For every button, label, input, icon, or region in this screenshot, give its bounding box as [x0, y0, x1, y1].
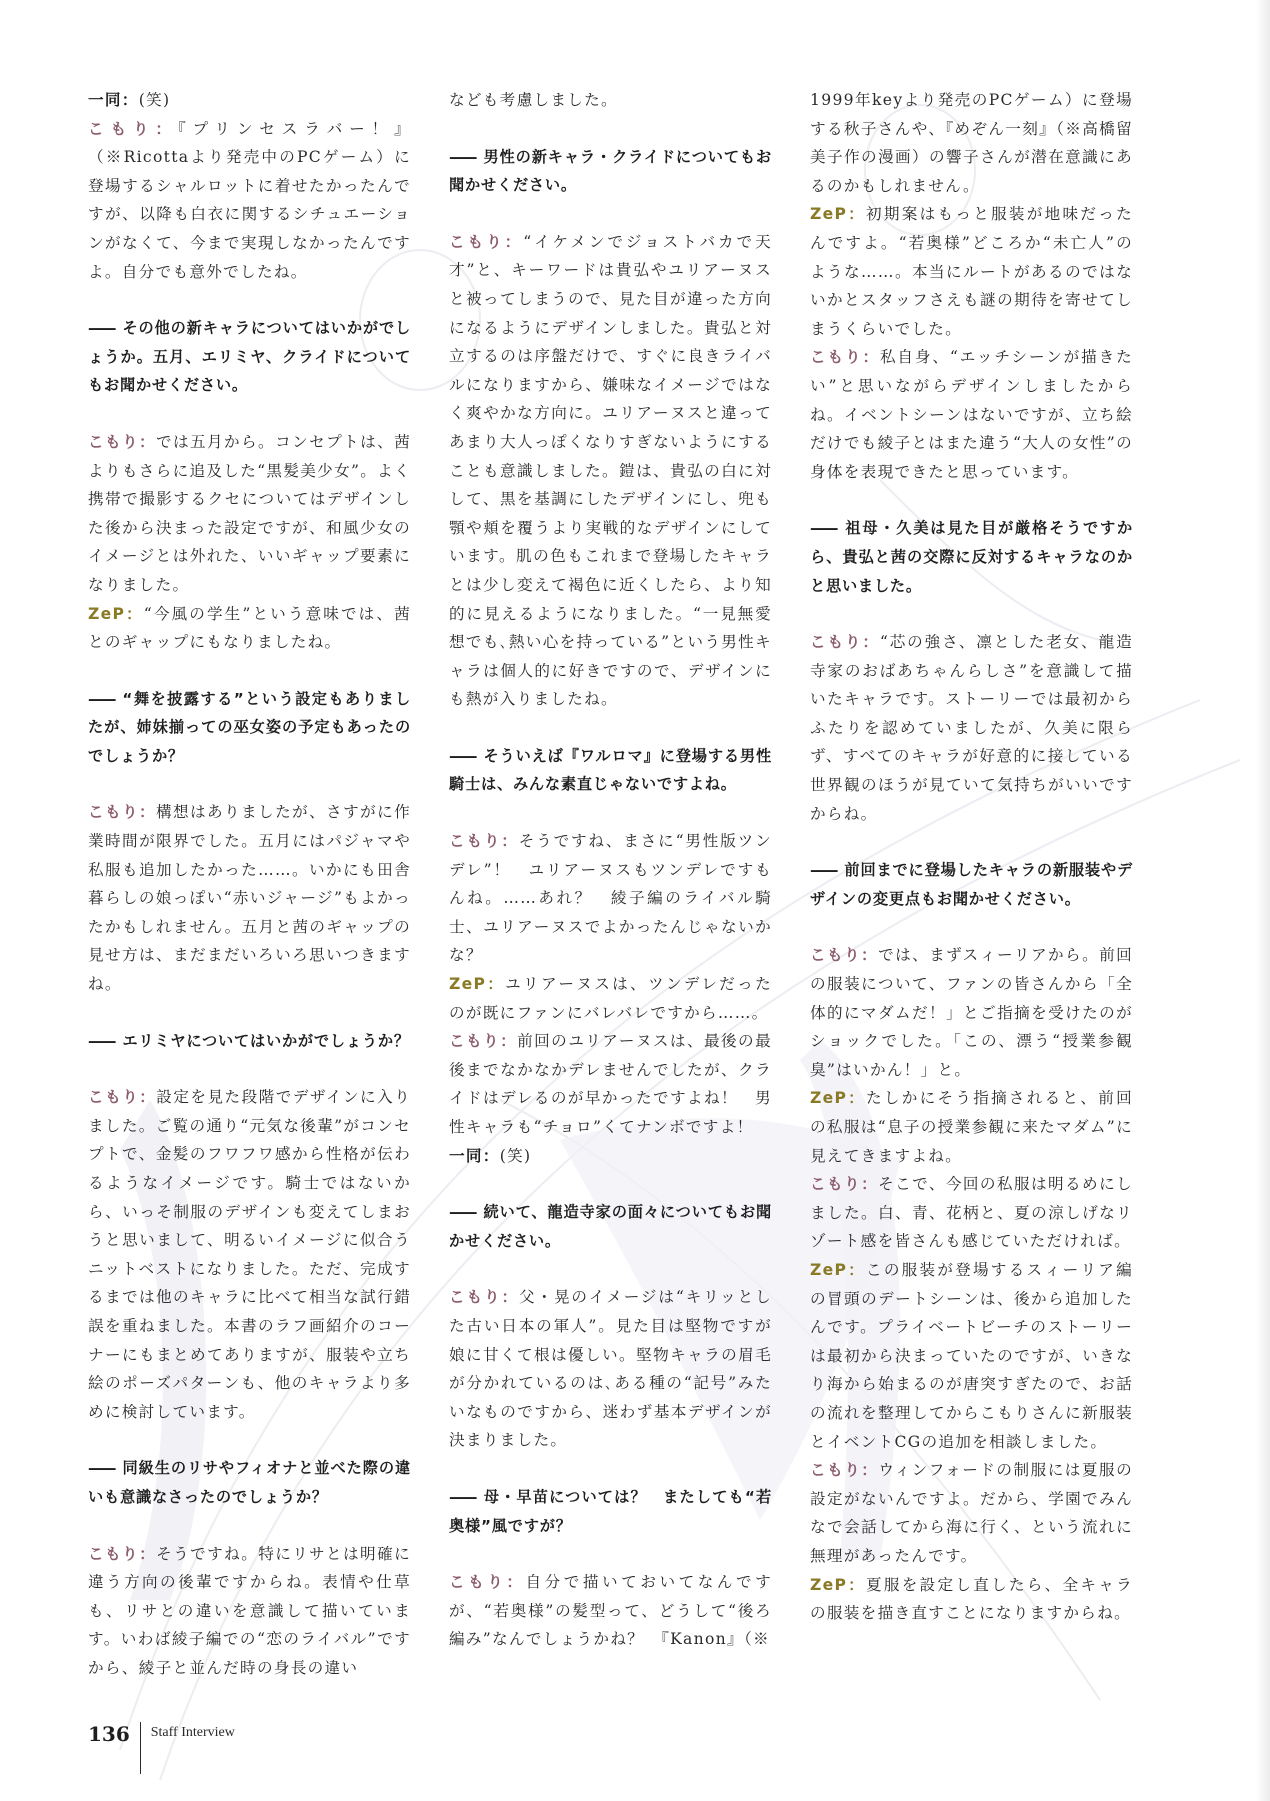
speaker-label: ZeP：	[810, 1089, 866, 1107]
dialogue-line: なども考慮しました。	[449, 86, 772, 115]
dialogue-line: ZeP：たしかにそう指摘されると、前回の私服は“息子の授業参観に来たマダム”に見…	[810, 1084, 1133, 1170]
speaker-label: ZeP：	[449, 975, 505, 993]
dialogue-line: こもり：自分で描いておいてなんですが、“若奥様”の髪型って、どうして“後ろ編み”…	[449, 1568, 772, 1654]
speaker-label: こもり：	[88, 1545, 156, 1563]
interview-question: ——男性の新キャラ・クライドについてもお聞かせください。	[449, 143, 772, 200]
question-dash: ——	[88, 1459, 114, 1477]
dialogue-line: こもり：構想はありましたが、さすがに作業時間が限界でした。五月にはパジャマや私服…	[88, 798, 411, 998]
speaker-label: 一同：	[88, 91, 139, 109]
question-text: その他の新キャラについてはいかがでしょうか。五月、エリミヤ、クライドについてもお…	[88, 319, 411, 394]
page-number: 136	[88, 1722, 130, 1746]
dialogue-text: この服装が登場するスィーリア編の冒頭のデートシーンは、後から追加したんです。プラ…	[810, 1261, 1133, 1451]
speaker-label: こもり：	[810, 1461, 878, 1479]
section-title: Staff Interview	[151, 1722, 235, 1744]
remark-block: こもり：構想はありましたが、さすがに作業時間が限界でした。五月にはパジャマや私服…	[88, 798, 411, 998]
dialogue-line: 一同：(笑)	[88, 86, 411, 115]
speaker-label: こもり：	[449, 1032, 517, 1050]
interview-question: ——祖母・久美は見た目が厳格そうですから、貴弘と茜の交際に反対するキャラなのかと…	[810, 514, 1133, 600]
speaker-label: ZeP：	[810, 1261, 866, 1279]
dialogue-line: ZeP：“今風の学生”という意味では、茜とのギャップにもなりましたね。	[88, 600, 411, 657]
interview-question: ——その他の新キャラについてはいかがでしょうか。五月、エリミヤ、クライドについて…	[88, 314, 411, 400]
question-text: 前回までに登場したキャラの新服装やデザインの変更点もお聞かせください。	[810, 861, 1133, 908]
question-dash: ——	[88, 319, 114, 337]
remark-block: こもり：“イケメンでジョストバカで天才”と、キーワードは貴弘やユリアーヌスと被っ…	[449, 228, 772, 714]
speaker-label: こもり：	[810, 348, 880, 366]
dialogue-line: こもり：設定を見た段階でデザインに入りました。ご覧の通り“元気な後輩”がコンセプ…	[88, 1083, 411, 1426]
dialogue-text: “芯の強さ、凛とした老女、龍造寺家のおばあちゃんらしさ”を意識して描いたキャラで…	[810, 633, 1133, 823]
dialogue-text: 1999年keyより発売のPCゲーム）に登場する秋子さんや、『めぞん一刻』（※高…	[810, 91, 1133, 195]
speaker-label: こもり：	[810, 1175, 878, 1193]
question-text: そういえば『ワルロマ』に登場する男性騎士は、みんな素直じゃないですよね。	[449, 747, 772, 794]
interview-question: ——母・早苗については？ またしても“若奥様”風ですが？	[449, 1483, 772, 1540]
speaker-label: こもり：	[88, 120, 178, 138]
speaker-label: こもり：	[449, 233, 523, 251]
question-text: 同級生のリサやフィオナと並べた際の違いも意識なさったのでしょうか？	[88, 1459, 411, 1506]
dialogue-line: こもり：父・晃のイメージは“キリッとした古い日本の軍人”。見た目は堅物ですが娘に…	[449, 1283, 772, 1455]
dialogue-line: こもり：『プリンセスラバー！』（※Ricottaより発売中のPCゲーム）に登場す…	[88, 115, 411, 287]
remark-block: 1999年keyより発売のPCゲーム）に登場する秋子さんや、『めぞん一刻』（※高…	[810, 86, 1133, 486]
question-dash: ——	[449, 148, 475, 166]
remark-block: こもり：“芯の強さ、凛とした老女、龍造寺家のおばあちゃんらしさ”を意識して描いた…	[810, 628, 1133, 828]
interview-question: ——同級生のリサやフィオナと並べた際の違いも意識なさったのでしょうか？	[88, 1454, 411, 1511]
dialogue-text: “イケメンでジョストバカで天才”と、キーワードは貴弘やユリアーヌスと被ってしまう…	[449, 233, 772, 709]
dialogue-text: 私自身、“エッチシーンが描きたい”と思いながらデザインしましたからね。イベントシ…	[810, 348, 1133, 480]
remark-block: なども考慮しました。	[449, 86, 772, 115]
question-dash: ——	[449, 747, 475, 765]
speaker-label: こもり：	[449, 1288, 519, 1306]
dialogue-line: こもり：そうですね、まさに“男性版ツンデレ”！ ユリアーヌスもツンデレですもんね…	[449, 827, 772, 970]
question-dash: ——	[810, 861, 836, 879]
dialogue-line: ZeP：初期案はもっと服装が地味だったんですよ。“若奥様”どころか“未亡人”のよ…	[810, 200, 1133, 343]
dialogue-line: こもり：ウィンフォードの制服には夏服の設定がないんですよ。だから、学園でみんなで…	[810, 1456, 1133, 1570]
remark-block: こもり：そうですね、まさに“男性版ツンデレ”！ ユリアーヌスもツンデレですもんね…	[449, 827, 772, 1170]
speaker-label: こもり：	[88, 433, 156, 451]
dialogue-text: そうですね。特にリサとは明確に違う方向の後輩ですからね。表情や仕草も、リサとの違…	[88, 1545, 411, 1677]
question-text: 母・早苗については？ またしても“若奥様”風ですが？	[449, 1488, 772, 1535]
column-2: なども考慮しました。 ——男性の新キャラ・クライドについてもお聞かせください。 …	[449, 86, 772, 1683]
dialogue-line: こもり：私自身、“エッチシーンが描きたい”と思いながらデザインしましたからね。イ…	[810, 343, 1133, 486]
speaker-label: ZeP：	[88, 605, 144, 623]
question-dash: ——	[810, 519, 836, 537]
remark-block: こもり：では五月から。コンセプトは、茜よりもさらに追及した“黒髪美少女”。よく携…	[88, 428, 411, 657]
question-text: 続いて、龍造寺家の面々についてもお聞かせください。	[449, 1203, 772, 1250]
question-dash: ——	[449, 1203, 475, 1221]
interview-question: ——そういえば『ワルロマ』に登場する男性騎士は、みんな素直じゃないですよね。	[449, 742, 772, 799]
question-dash: ——	[88, 1032, 114, 1050]
dialogue-line: こもり：前回のユリアーヌスは、最後の最後までなかなかデレませんでしたが、クライド…	[449, 1027, 772, 1141]
remark-block: 一同：(笑) こもり：『プリンセスラバー！』（※Ricottaより発売中のPCゲ…	[88, 86, 411, 286]
dialogue-line: ZeP：この服装が登場するスィーリア編の冒頭のデートシーンは、後から追加したんで…	[810, 1256, 1133, 1456]
dialogue-text: 初期案はもっと服装が地味だったんですよ。“若奥様”どころか“未亡人”のような………	[810, 205, 1133, 337]
speaker-label: こもり：	[449, 832, 519, 850]
dialogue-text: では五月から。コンセプトは、茜よりもさらに追及した“黒髪美少女”。よく携帯で撮影…	[88, 433, 411, 594]
speaker-label: ZeP：	[810, 205, 866, 223]
dialogue-line: こもり：では、まずスィーリアから。前回の服装について、ファンの皆さんから「全体的…	[810, 941, 1133, 1084]
speaker-label: こもり：	[810, 633, 880, 651]
interview-question: ——“舞を披露する”という設定もありましたが、姉妹揃っての巫女姿の予定もあったの…	[88, 685, 411, 771]
dialogue-line: こもり：“イケメンでジョストバカで天才”と、キーワードは貴弘やユリアーヌスと被っ…	[449, 228, 772, 714]
remark-block: こもり：父・晃のイメージは“キリッとした古い日本の軍人”。見た目は堅物ですが娘に…	[449, 1283, 772, 1455]
dialogue-line: 1999年keyより発売のPCゲーム）に登場する秋子さんや、『めぞん一刻』（※高…	[810, 86, 1133, 200]
question-text: “舞を披露する”という設定もありましたが、姉妹揃っての巫女姿の予定もあったのでし…	[88, 690, 411, 765]
interview-question: ——エリミヤについてはいかがでしょうか？	[88, 1027, 411, 1056]
dialogue-text: そうですね、まさに“男性版ツンデレ”！ ユリアーヌスもツンデレですもんね。……あ…	[449, 832, 772, 964]
dialogue-text: 設定を見た段階でデザインに入りました。ご覧の通り“元気な後輩”がコンセプトで、金…	[88, 1088, 411, 1421]
dialogue-text: なども考慮しました。	[449, 91, 618, 109]
remark-block: こもり：そうですね。特にリサとは明確に違う方向の後輩ですからね。表情や仕草も、リ…	[88, 1540, 411, 1683]
dialogue-text: (笑)	[500, 1147, 532, 1165]
dialogue-text: 父・晃のイメージは“キリッとした古い日本の軍人”。見た目は堅物ですが娘に甘くて根…	[449, 1288, 772, 1449]
speaker-label: こもり：	[449, 1573, 526, 1591]
speaker-label: こもり：	[88, 1088, 156, 1106]
interview-question: ——前回までに登場したキャラの新服装やデザインの変更点もお聞かせください。	[810, 856, 1133, 913]
dialogue-text: 『プリンセスラバー！』（※Ricottaより発売中のPCゲーム）に登場するシャル…	[88, 120, 411, 281]
question-dash: ——	[88, 690, 114, 708]
question-text: エリミヤについてはいかがでしょうか？	[122, 1032, 409, 1050]
dialogue-text: 構想はありましたが、さすがに作業時間が限界でした。五月にはパジャマや私服も追加し…	[88, 803, 411, 993]
speaker-label: こもり：	[88, 803, 156, 821]
article-columns: 一同：(笑) こもり：『プリンセスラバー！』（※Ricottaより発売中のPCゲ…	[88, 86, 1134, 1683]
dialogue-text: (笑)	[139, 91, 171, 109]
remark-block: こもり：自分で描いておいてなんですが、“若奥様”の髪型って、どうして“後ろ編み”…	[449, 1568, 772, 1654]
dialogue-line: ZeP：ユリアーヌスは、ツンデレだったのが既にファンにバレバレですから……。	[449, 970, 772, 1027]
dialogue-line: ZeP：夏服を設定し直したら、全キャラの服装を描き直すことになりますからね。	[810, 1571, 1133, 1628]
question-dash: ——	[449, 1488, 475, 1506]
dialogue-line: こもり：では五月から。コンセプトは、茜よりもさらに追及した“黒髪美少女”。よく携…	[88, 428, 411, 600]
page-footer: 136 Staff Interview	[88, 1722, 235, 1774]
page-edge-shadow	[1256, 0, 1270, 1801]
remark-block: こもり：では、まずスィーリアから。前回の服装について、ファンの皆さんから「全体的…	[810, 941, 1133, 1627]
speaker-label: ZeP：	[810, 1576, 866, 1594]
dialogue-line: こもり：そこで、今回の私服は明るめにしました。白、青、花柄と、夏の涼しげなリゾー…	[810, 1170, 1133, 1256]
speaker-label: こもり：	[810, 946, 878, 964]
dialogue-text: では、まずスィーリアから。前回の服装について、ファンの皆さんから「全体的にマダム…	[810, 946, 1133, 1078]
dialogue-line: こもり：そうですね。特にリサとは明確に違う方向の後輩ですからね。表情や仕草も、リ…	[88, 1540, 411, 1683]
speaker-label: 一同：	[449, 1147, 500, 1165]
footer-divider	[140, 1722, 141, 1774]
interview-question: ——続いて、龍造寺家の面々についてもお聞かせください。	[449, 1198, 772, 1255]
column-1: 一同：(笑) こもり：『プリンセスラバー！』（※Ricottaより発売中のPCゲ…	[88, 86, 411, 1683]
question-text: 祖母・久美は見た目が厳格そうですから、貴弘と茜の交際に反対するキャラなのかと思い…	[810, 519, 1133, 594]
question-text: 男性の新キャラ・クライドについてもお聞かせください。	[449, 148, 772, 195]
remark-block: こもり：設定を見た段階でデザインに入りました。ご覧の通り“元気な後輩”がコンセプ…	[88, 1083, 411, 1426]
dialogue-line: こもり：“芯の強さ、凛とした老女、龍造寺家のおばあちゃんらしさ”を意識して描いた…	[810, 628, 1133, 828]
column-3: 1999年keyより発売のPCゲーム）に登場する秋子さんや、『めぞん一刻』（※高…	[810, 86, 1133, 1683]
dialogue-line: 一同：(笑)	[449, 1142, 772, 1171]
